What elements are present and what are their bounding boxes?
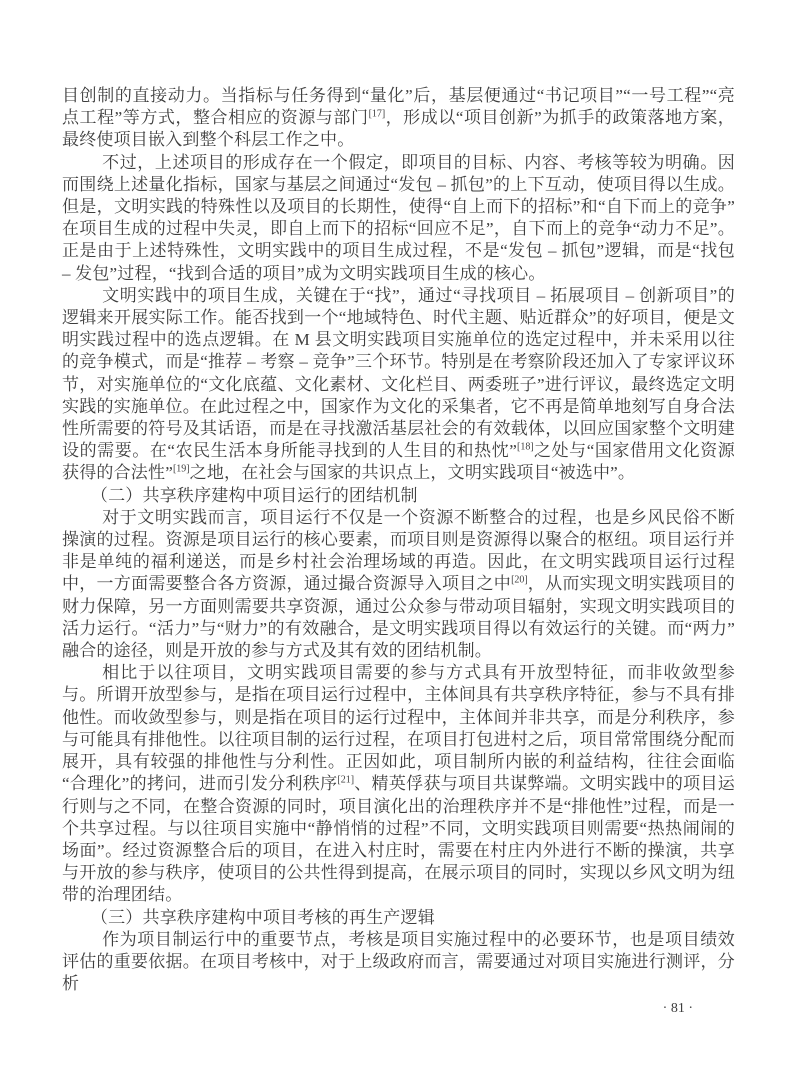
paragraph: 文明实践中的项目生成，关键在于“找”，通过“寻找项目 – 拓展项目 – 创新项目… xyxy=(62,285,735,485)
page-number: · 81 · xyxy=(62,998,735,1020)
paragraph: 目创制的直接动力。当指标与任务得到“量化”后，基层便通过“书记项目”“一号工程”… xyxy=(62,85,735,152)
section-heading: （三）共享秩序建构中项目考核的再生产逻辑 xyxy=(62,907,735,929)
section-heading: （二）共享秩序建构中项目运行的团结机制 xyxy=(62,485,735,507)
footnote-ref: [17] xyxy=(369,109,386,120)
paragraph: 对于文明实践而言，项目运行不仅是一个资源不断整合的过程，也是乡风民俗不断操演的过… xyxy=(62,507,735,662)
footnote-ref: [19] xyxy=(173,464,190,475)
footnote-ref: [20] xyxy=(511,575,528,586)
footnote-ref: [21] xyxy=(337,775,354,786)
article-body: 目创制的直接动力。当指标与任务得到“量化”后，基层便通过“书记项目”“一号工程”… xyxy=(62,85,735,995)
footnote-ref: [18] xyxy=(517,442,534,453)
paragraph: 相比于以往项目，文明实践项目需要的参与方式具有开放型特征，而非收敛型参与。所谓开… xyxy=(62,662,735,906)
document-page: 目创制的直接动力。当指标与任务得到“量化”后，基层便通过“书记项目”“一号工程”… xyxy=(0,0,793,1077)
paragraph: 不过，上述项目的形成存在一个假定，即项目的目标、内容、考核等较为明确。因而围绕上… xyxy=(62,152,735,285)
paragraph: 作为项目制运行中的重要节点，考核是项目实施过程中的必要环节，也是项目绩效评估的重… xyxy=(62,929,735,996)
